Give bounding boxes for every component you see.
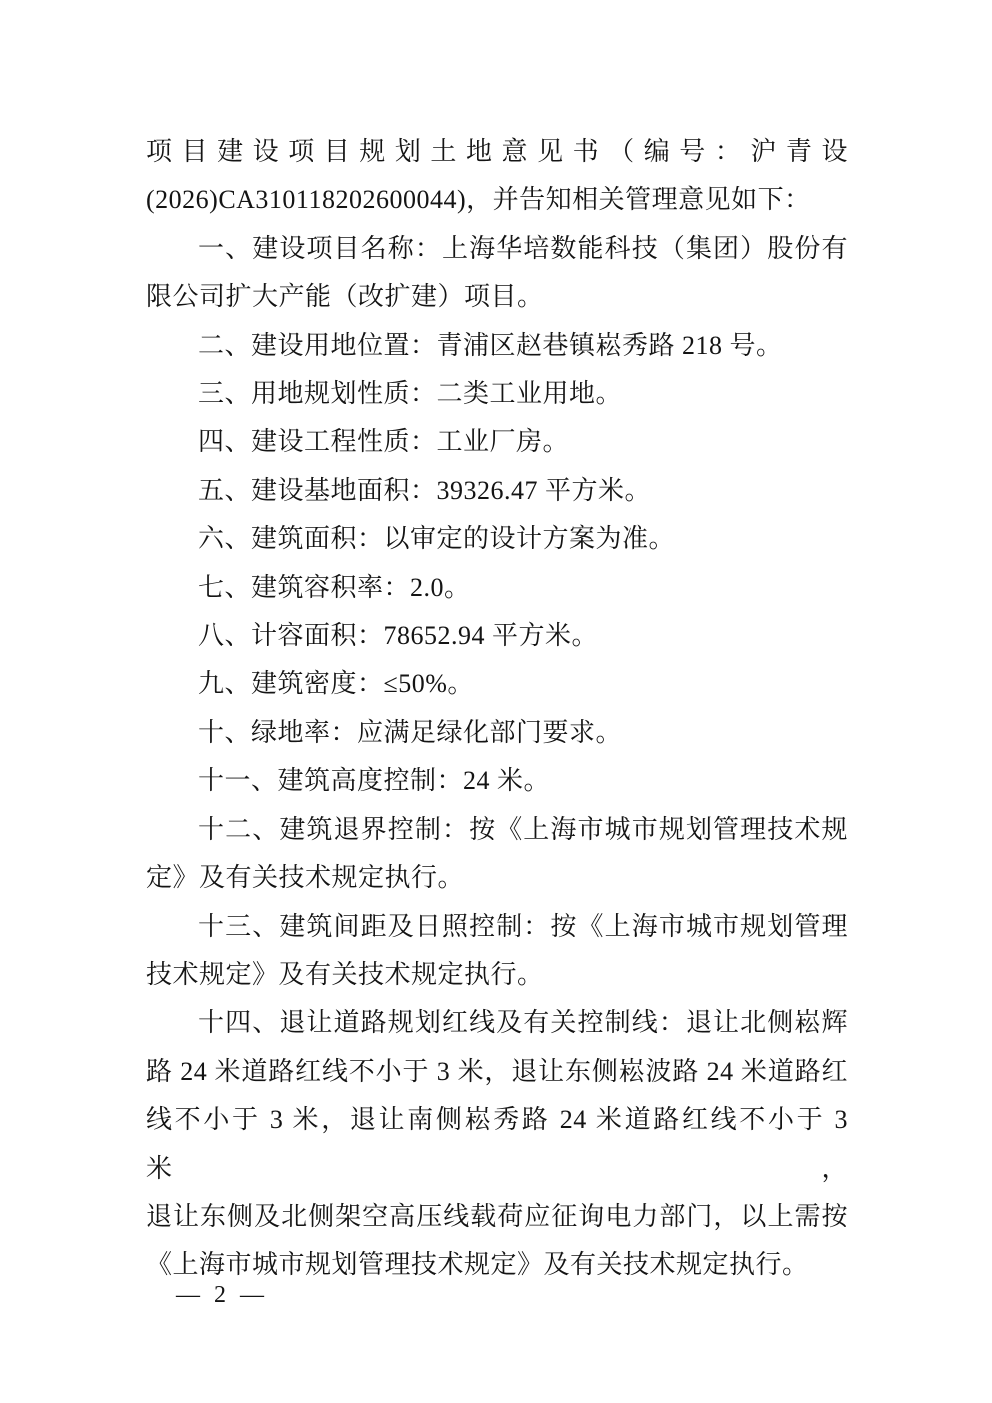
document-body: 项目建设项目规划土地意见书（编号：沪青设 (2026)CA31011820260… [146, 128, 848, 1290]
doc-line: 三、用地规划性质：二类工业用地。 [146, 370, 848, 418]
doc-line: 退让东侧及北侧架空高压线载荷应征询电力部门，以上需按 [146, 1193, 848, 1241]
page-number: — 2 — [176, 1282, 268, 1309]
doc-line: 十、绿地率：应满足绿化部门要求。 [146, 709, 848, 757]
doc-line: 技术规定》及有关技术规定执行。 [146, 951, 848, 999]
doc-line: 定》及有关技术规定执行。 [146, 854, 848, 902]
doc-line: 五、建设基地面积：39326.47 平方米。 [146, 467, 848, 515]
doc-line: 八、计容面积：78652.94 平方米。 [146, 612, 848, 660]
doc-line: 十三、建筑间距及日照控制：按《上海市城市规划管理 [146, 903, 848, 951]
doc-line: 六、建筑面积：以审定的设计方案为准。 [146, 515, 848, 563]
doc-line: 七、建筑容积率：2.0。 [146, 564, 848, 612]
doc-line: 线不小于 3 米，退让南侧崧秀路 24 米道路红线不小于 3 米， [146, 1096, 848, 1193]
doc-line: 二、建设用地位置：青浦区赵巷镇崧秀路 218 号。 [146, 322, 848, 370]
doc-line: 路 24 米道路红线不小于 3 米，退让东侧崧波路 24 米道路红 [146, 1048, 848, 1096]
doc-line: 四、建设工程性质：工业厂房。 [146, 418, 848, 466]
doc-line: 一、建设项目名称：上海华培数能科技（集团）股份有 [146, 225, 848, 273]
doc-line: 限公司扩大产能（改扩建）项目。 [146, 273, 848, 321]
document-page: 项目建设项目规划土地意见书（编号：沪青设 (2026)CA31011820260… [0, 0, 992, 1403]
doc-line: 十二、建筑退界控制：按《上海市城市规划管理技术规 [146, 806, 848, 854]
doc-line: (2026)CA310118202600044)，并告知相关管理意见如下： [146, 176, 848, 224]
doc-line: 九、建筑密度：≤50%。 [146, 660, 848, 708]
doc-line: 项目建设项目规划土地意见书（编号：沪青设 [146, 128, 848, 176]
doc-line: 十一、建筑高度控制：24 米。 [146, 757, 848, 805]
doc-line: 十四、退让道路规划红线及有关控制线：退让北侧崧辉 [146, 999, 848, 1047]
